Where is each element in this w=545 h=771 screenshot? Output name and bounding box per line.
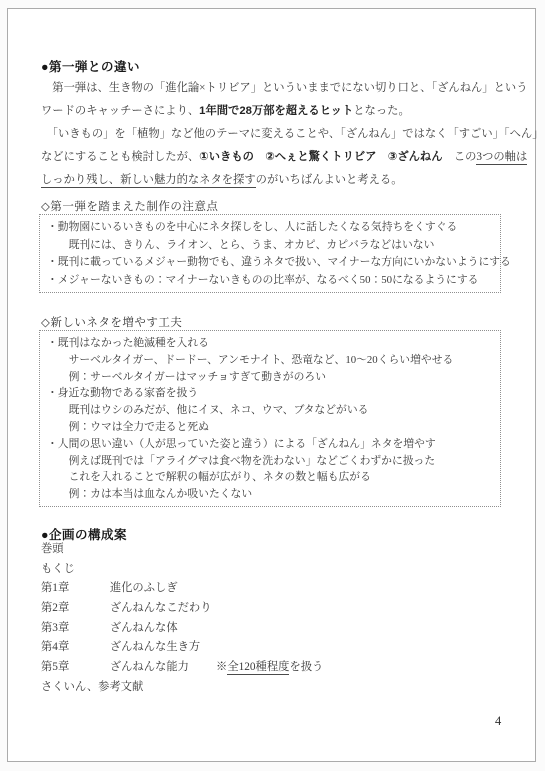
toc-title: ざんねんな体: [110, 622, 178, 634]
text-segment: ワードのキャッチーさにより、: [41, 105, 199, 117]
text-segment: 例：サーベルタイガーはマッチョすぎて動きがのろい: [47, 371, 326, 383]
text-segment: サーベルタイガー、ドードー、アンモナイト、恐竜など、10～20くらい増やせる: [47, 354, 453, 366]
toc-species-count-note: ※全120種程度を扱う: [216, 658, 323, 678]
toc-chapter-number: 第1章: [41, 579, 107, 599]
text-segment: 例えば既刊では「アライグマは食べ物を洗わない」などごくわずかに扱った: [47, 455, 435, 467]
document-page: ●第一弾との違い 第一弾は、生き物の「進化論×トリビア」といういままでにない切り…: [7, 8, 536, 762]
toc-title: 進化のふしぎ: [110, 582, 178, 594]
section-heading-difference: ●第一弾との違い: [41, 57, 140, 75]
idea-line: 例えば既刊では「アライグマは食べ物を洗わない」などごくわずかに扱った: [47, 453, 493, 470]
section-heading-production-notes: ◇第一弾を踏まえた制作の注意点: [41, 198, 218, 214]
text-segment: となった。: [353, 105, 410, 117]
text-segment: ・既刊はなかった絶滅種を入れる: [47, 337, 209, 349]
toc-row-index-references: さくいん、参考文献: [41, 678, 511, 698]
toc-title: ざんねんな生き方: [110, 641, 200, 653]
text-segment: ・既刊に載っているメジャー動物でも、違うネタで扱い、マイナーな方向にいかないよう…: [47, 256, 511, 268]
text-segment: 第一弾は、生き物の「進化論×トリビア」といういままでにない切り口と、「ざんねん」…: [41, 82, 528, 94]
toc-title: もくじ: [41, 563, 75, 575]
text-segment: ・身近な動物である家畜を扱う: [47, 387, 198, 399]
text-segment: ※: [216, 661, 227, 673]
scanned-document-background: { "page_number": "4", "colors": { "page_…: [0, 0, 545, 771]
toc-chapter-number: 第3章: [41, 619, 107, 639]
idea-line: 例：サーベルタイガーはマッチョすぎて動きがのろい: [47, 369, 493, 386]
idea-line: 既刊はウシのみだが、他にイヌ、ネコ、ウマ、ブタなどがいる: [47, 402, 493, 419]
text-segment: 「いきもの」を「植物」など他のテーマに変えることや、「ざんねん」ではなく「すごい…: [41, 128, 544, 140]
idea-line: ・身近な動物である家畜を扱う: [47, 385, 493, 402]
paragraph-line: 第一弾は、生き物の「進化論×トリビア」といういままでにない切り口と、「ざんねん」…: [41, 77, 519, 100]
paragraph-line: しっかり残し、新しい魅力的なネタを探すのがいちばんよいと考える。: [41, 169, 519, 192]
text-segment: ・人間の思い違い（人が思っていた姿と違う）による「ざんねん」ネタを増やす: [47, 438, 436, 450]
toc-row-chapter-1: 第1章 進化のふしぎ: [41, 579, 511, 599]
text-segment: これを入れることで解釈の幅が広がり、ネタの数と幅も広がる: [47, 471, 371, 483]
toc-chapter-number: 第2章: [41, 599, 107, 619]
text-segment: 例：ウマは全力で走ると死ぬ: [47, 421, 209, 433]
text-segment: ・メジャーないきもの：マイナーないきものの比率が、なるべく50：50になるように…: [47, 274, 478, 286]
toc-title: ざんねんな能力: [110, 661, 189, 673]
text-segment: 1年間で28万部を超えるヒット: [199, 105, 353, 117]
note-line: ・動物園にいるいきものを中心にネタ探しをし、人に話したくなる気持ちをくすぐる: [47, 219, 493, 237]
note-line: ・メジャーないきもの：マイナーないきものの比率が、なるべく50：50になるように…: [47, 272, 493, 290]
text-segment: この: [443, 151, 477, 163]
text-segment: ・動物園にいるいきものを中心にネタ探しをし、人に話したくなる気持ちをくすぐる: [47, 221, 457, 233]
idea-line: 例：カは本当は血なんか吸いたくない: [47, 486, 493, 503]
toc-row-chapter-3: 第3章 ざんねんな体: [41, 619, 511, 639]
paragraph-line: などにすることも検討したが、①いきもの ②へぇと驚くトリビア ③ざんねん この3…: [41, 146, 519, 169]
text-segment: のがいちばんよいと考える。: [256, 174, 403, 186]
page-number: 4: [495, 714, 501, 729]
section-heading-new-ideas: ◇新しいネタを増やす工夫: [41, 314, 182, 330]
toc-row-front-matter: 巻頭: [41, 540, 511, 560]
toc-title: 巻頭: [41, 543, 64, 555]
toc-chapter-number: 第4章: [41, 638, 107, 658]
note-line: 既刊には、きりん、ライオン、とら、うま、オカピ、カピバラなどはいない: [47, 237, 493, 255]
paragraph-line: 「いきもの」を「植物」など他のテーマに変えることや、「ざんねん」ではなく「すごい…: [41, 123, 519, 146]
toc-row-chapter-4: 第4章 ざんねんな生き方: [41, 638, 511, 658]
text-segment: 3つの軸は: [476, 151, 527, 165]
idea-line: 例：ウマは全力で走ると死ぬ: [47, 419, 493, 436]
table-of-contents: 巻頭 もくじ 第1章 進化のふしぎ 第2章 ざんねんなこだわり 第3章 ざんねん…: [41, 540, 511, 698]
note-line: ・既刊に載っているメジャー動物でも、違うネタで扱い、マイナーな方向にいかないよう…: [47, 254, 493, 272]
paragraph-difference: 第一弾は、生き物の「進化論×トリビア」といういままでにない切り口と、「ざんねん」…: [41, 77, 519, 192]
text-segment: 全120種程度: [227, 661, 289, 675]
toc-chapter-number: 第5章: [41, 658, 107, 678]
idea-line: ・人間の思い違い（人が思っていた姿と違う）による「ざんねん」ネタを増やす: [47, 436, 493, 453]
toc-row-chapter-2: 第2章 ざんねんなこだわり: [41, 599, 511, 619]
text-segment: 例：カは本当は血なんか吸いたくない: [47, 488, 252, 500]
text-segment: を扱う: [289, 661, 323, 673]
idea-line: これを入れることで解釈の幅が広がり、ネタの数と幅も広がる: [47, 469, 493, 486]
new-ideas-box: ・既刊はなかった絶滅種を入れる サーベルタイガー、ドードー、アンモナイト、恐竜な…: [39, 330, 501, 507]
toc-title: ざんねんなこだわり: [110, 602, 212, 614]
text-segment: などにすることも検討したが、: [41, 151, 199, 163]
toc-title: さくいん、参考文献: [41, 681, 143, 693]
toc-row-contents: もくじ: [41, 560, 511, 580]
text-segment: 既刊はウシのみだが、他にイヌ、ネコ、ウマ、ブタなどがいる: [47, 404, 368, 416]
text-segment: 既刊には、きりん、ライオン、とら、うま、オカピ、カピバラなどはいない: [47, 239, 434, 251]
text-segment: しっかり残し、新しい魅力的なネタを探す: [41, 174, 256, 188]
toc-row-chapter-5: 第5章 ざんねんな能力 ※全120種程度を扱う: [41, 658, 511, 678]
text-segment: ①いきもの ②へぇと驚くトリビア ③ざんねん: [199, 151, 442, 163]
production-notes-box: ・動物園にいるいきものを中心にネタ探しをし、人に話したくなる気持ちをくすぐる 既…: [39, 214, 501, 293]
idea-line: ・既刊はなかった絶滅種を入れる: [47, 335, 493, 352]
paragraph-line: ワードのキャッチーさにより、1年間で28万部を超えるヒットとなった。: [41, 100, 519, 123]
idea-line: サーベルタイガー、ドードー、アンモナイト、恐竜など、10～20くらい増やせる: [47, 352, 493, 369]
